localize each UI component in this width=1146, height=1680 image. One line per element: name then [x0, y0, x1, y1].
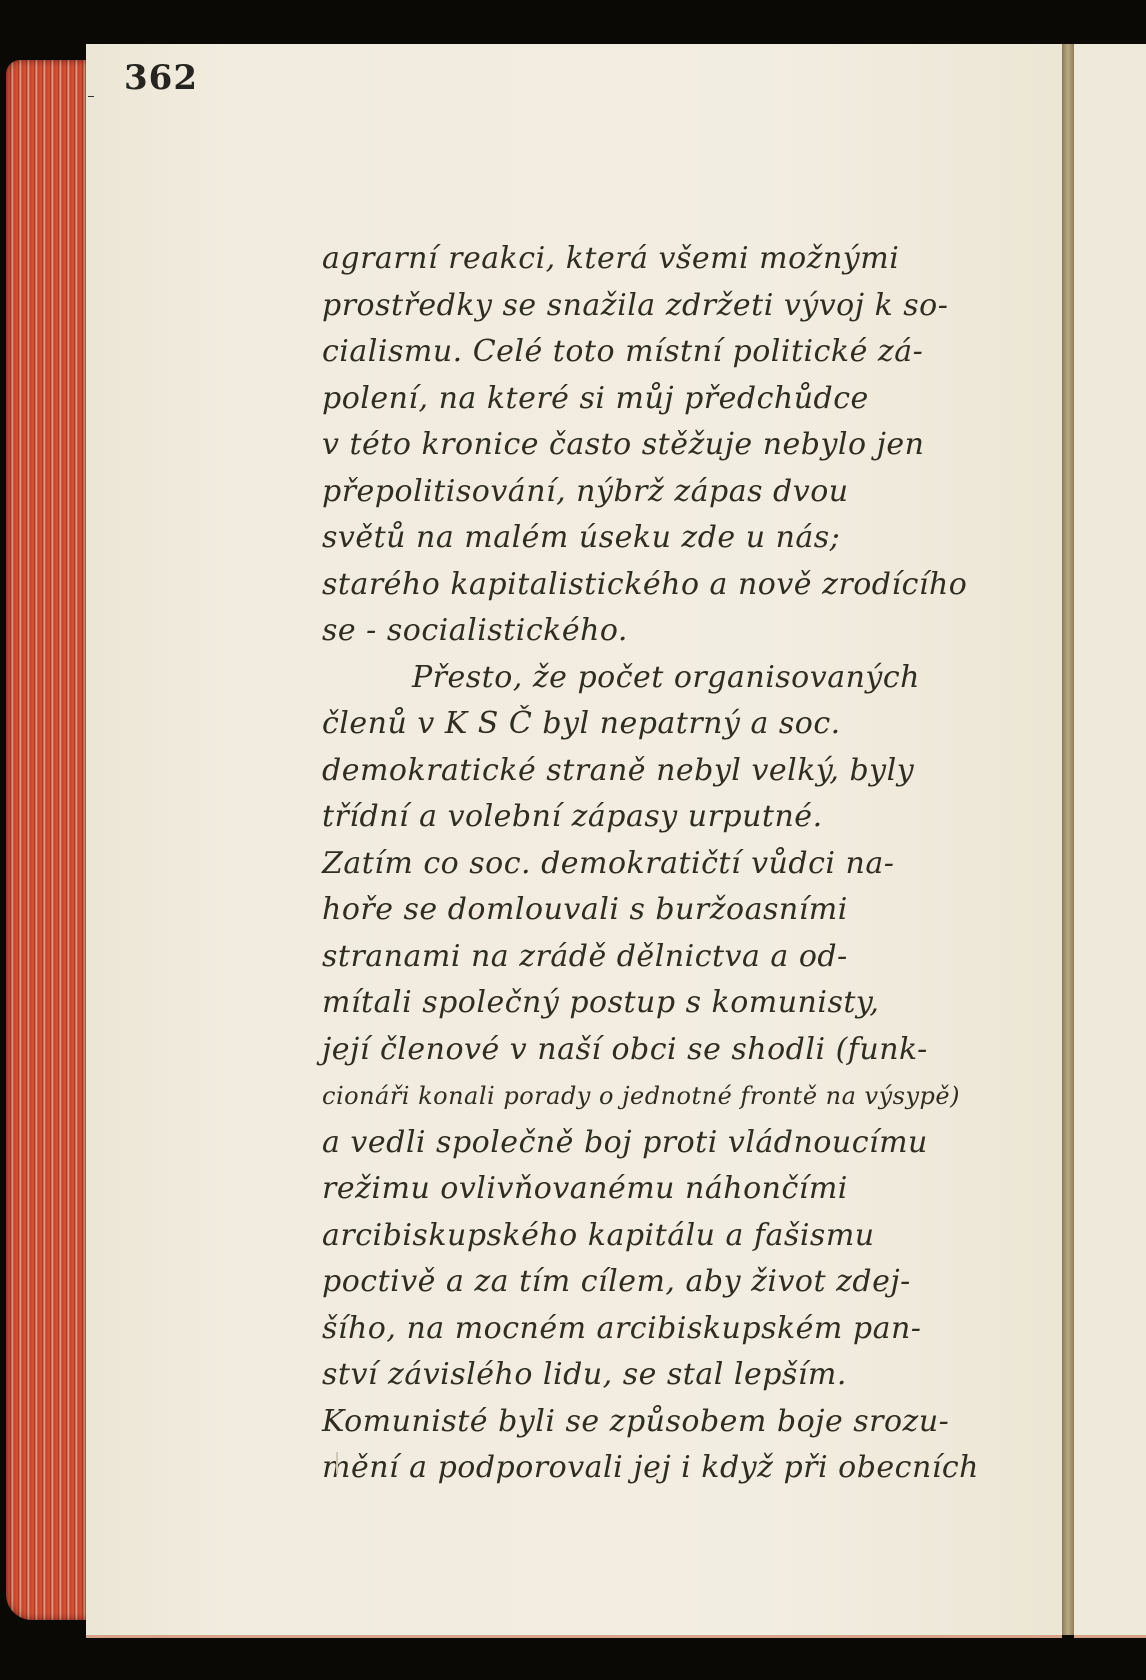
text-line: její členové v naší obci se shodli (funk… [322, 1027, 1002, 1074]
text-line: polení, na které si můj předchůdce [322, 376, 1002, 423]
text-line: arcibiskupského kapitálu a fašismu [322, 1213, 1002, 1260]
text-line: přepolitisování, nýbrž zápas dvou [322, 469, 1002, 516]
faint-margin-mark [336, 1452, 338, 1474]
text-line: Komunisté byli se způsobem boje srozu- [322, 1399, 1002, 1446]
text-line: stranami na zrádě dělnictva a od- [322, 934, 1002, 981]
text-line: členů v K S Č byl nepatrný a soc. [322, 701, 1002, 748]
text-line: v této kronice často stěžuje nebylo jen [322, 422, 1002, 469]
text-line: světů na malém úseku zde u nás; [322, 515, 1002, 562]
text-line: poctivě a za tím cílem, aby život zdej- [322, 1259, 1002, 1306]
margin-mark [88, 96, 94, 97]
text-line: se - socialistického. [322, 608, 1002, 655]
text-line: agrarní reakci, která všemi možnými [322, 236, 1002, 283]
book-page-edges [6, 60, 88, 1620]
text-line: prostředky se snažila zdržeti vývoj k so… [322, 283, 1002, 330]
book-gutter [1062, 44, 1074, 1635]
text-line: režimu ovlivňovanému náhončími [322, 1166, 1002, 1213]
text-line: cialismu. Celé toto místní politické zá- [322, 329, 1002, 376]
handwritten-text-block: agrarní reakci, která všemi možnými pros… [322, 236, 1002, 1492]
book-page-right-edge [1074, 44, 1146, 1638]
page-number: 362 [124, 58, 198, 98]
text-line: Zatím co soc. demokratičtí vůdci na- [322, 841, 1002, 888]
paragraph-start-line: Přesto, že počet organisovaných [322, 655, 1002, 702]
text-line: hoře se domlouvali s buržoasními [322, 887, 1002, 934]
text-line: šího, na mocném arcibiskupském pan- [322, 1306, 1002, 1353]
text-line: starého kapitalistického a nově zrodícíh… [322, 562, 1002, 609]
text-line: ství závislého lidu, se stal lepším. [322, 1352, 1002, 1399]
text-line: mění a podporovali jej i když při obecní… [322, 1445, 1002, 1492]
text-line: třídní a volební zápasy urputné. [322, 794, 1002, 841]
text-line: cionáři konali porady o jednotné frontě … [322, 1073, 1002, 1120]
text-line: demokratické straně nebyl velký, byly [322, 748, 1002, 795]
text-line: mítali společný postup s komunisty, [322, 980, 1002, 1027]
text-line: a vedli společně boj proti vládnoucímu [322, 1120, 1002, 1167]
